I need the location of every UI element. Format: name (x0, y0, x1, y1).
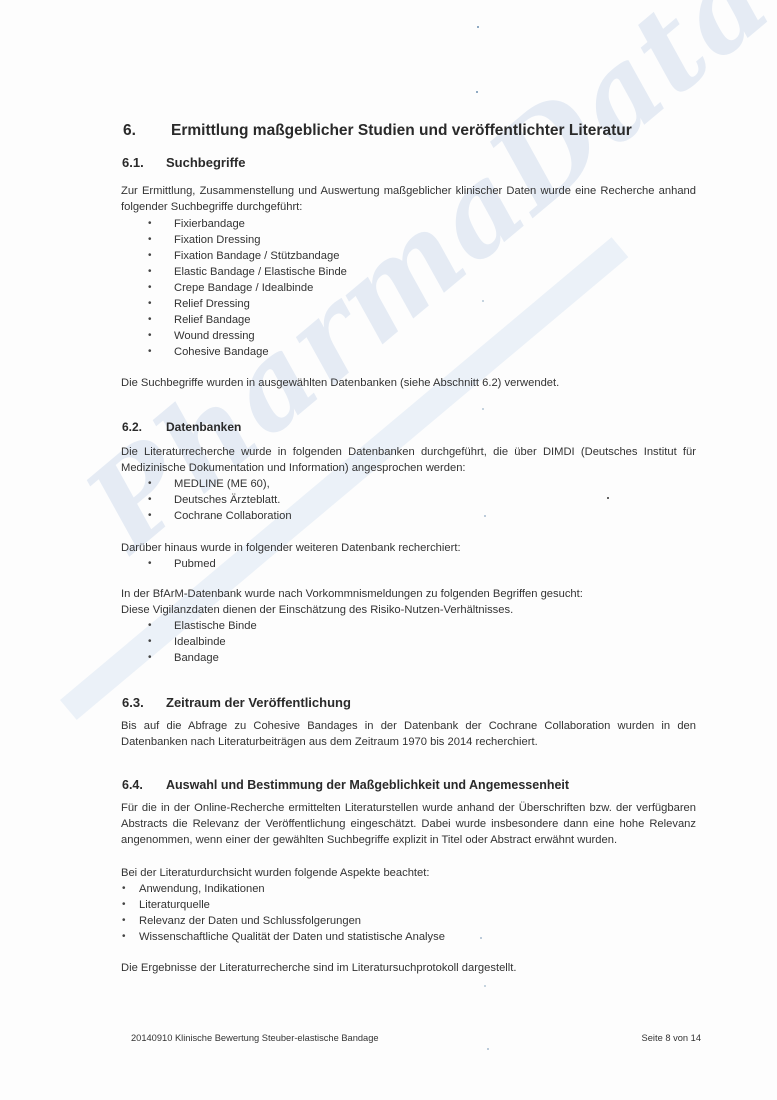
list-item: Elastische Binde (147, 618, 257, 634)
paragraph-period: Bis auf die Abfrage zu Cohesive Bandages… (121, 718, 696, 750)
paragraph-further-database: Darüber hinaus wurde in folgender weiter… (121, 540, 696, 556)
list-item: Literaturquelle (121, 897, 445, 913)
list-item: Fixierbandage (147, 216, 347, 232)
list-item: Fixation Dressing (147, 232, 347, 248)
list-item: Relief Bandage (147, 312, 347, 328)
paragraph-results: Die Ergebnisse der Literaturrecherche si… (121, 960, 696, 976)
list-item: MEDLINE (ME 60), (147, 476, 292, 492)
list-item: Cochrane Collaboration (147, 508, 292, 524)
list-item: Wissenschaftliche Qualität der Daten und… (121, 929, 445, 945)
list-item: Bandage (147, 650, 257, 666)
section-heading-6-2: 6.2.Datenbanken (122, 420, 241, 434)
paragraph-database-intro: Die Literaturrecherche wurde in folgende… (121, 444, 696, 476)
scan-speck (484, 985, 486, 987)
section-heading-6-1: 6.1.Suchbegriffe (122, 155, 245, 170)
section-heading-6-4: 6.4.Auswahl und Bestimmung der Maßgeblic… (122, 778, 569, 792)
paragraph-aspects-intro: Bei der Literaturdurchsicht wurden folge… (121, 865, 696, 881)
section-heading-6-3: 6.3.Zeitraum der Veröffentlichung (122, 695, 351, 710)
paragraph-search-intro: Zur Ermittlung, Zusammenstellung und Aus… (121, 183, 696, 215)
footer-page-number: Seite 8 von 14 (642, 1033, 701, 1043)
scan-speck (476, 91, 478, 93)
list-item: Idealbinde (147, 634, 257, 650)
document-page: PharmaData s.r.o. 6.Ermittlung maßgeblic… (0, 0, 777, 1100)
list-item: Relevanz der Daten und Schlussfolgerunge… (121, 913, 445, 929)
section-number: 6.4. (122, 778, 166, 792)
scan-speck (484, 515, 486, 517)
scan-speck (487, 1048, 489, 1050)
list-item: Fixation Bandage / Stützbandage (147, 248, 347, 264)
page-footer: 20140910 Klinische Bewertung Steuber-ela… (131, 1033, 701, 1043)
scan-speck (482, 408, 484, 410)
paragraph-search-outro: Die Suchbegriffe wurden in ausgewählten … (121, 375, 696, 391)
bfarm-terms-list: Elastische Binde Idealbinde Bandage (147, 618, 257, 666)
section-title: Datenbanken (166, 420, 241, 434)
section-title: Ermittlung maßgeblicher Studien und verö… (171, 122, 632, 139)
section-number: 6.2. (122, 420, 166, 434)
section-heading-6: 6.Ermittlung maßgeblicher Studien und ve… (123, 122, 632, 140)
list-item: Cohesive Bandage (147, 344, 347, 360)
list-item: Relief Dressing (147, 296, 347, 312)
list-item: Deutsches Ärzteblatt. (147, 492, 292, 508)
section-title: Auswahl und Bestimmung der Maßgeblichkei… (166, 778, 569, 792)
scan-speck (607, 497, 609, 499)
section-number: 6.1. (122, 155, 166, 170)
section-title: Suchbegriffe (166, 155, 245, 170)
database-list: MEDLINE (ME 60), Deutsches Ärzteblatt. C… (147, 476, 292, 524)
list-item: Crepe Bandage / Idealbinde (147, 280, 347, 296)
further-database-list: Pubmed (147, 556, 216, 572)
section-number: 6. (123, 122, 171, 140)
search-terms-list: Fixierbandage Fixation Dressing Fixation… (147, 216, 347, 360)
paragraph-relevance: Für die in der Online-Recherche ermittel… (121, 800, 696, 848)
section-title: Zeitraum der Veröffentlichung (166, 695, 351, 710)
scan-speck (477, 26, 479, 28)
list-item: Pubmed (147, 556, 216, 572)
list-item: Anwendung, Indikationen (121, 881, 445, 897)
list-item: Elastic Bandage / Elastische Binde (147, 264, 347, 280)
section-number: 6.3. (122, 695, 166, 710)
list-item: Wound dressing (147, 328, 347, 344)
scan-speck (480, 937, 482, 939)
aspects-list: Anwendung, Indikationen Literaturquelle … (121, 881, 445, 945)
paragraph-bfarm-line-2: Diese Vigilanzdaten dienen der Einschätz… (121, 602, 696, 618)
footer-document-name: 20140910 Klinische Bewertung Steuber-ela… (131, 1033, 379, 1043)
paragraph-bfarm-line-1: In der BfArM-Datenbank wurde nach Vorkom… (121, 586, 696, 602)
scan-speck (482, 300, 484, 302)
